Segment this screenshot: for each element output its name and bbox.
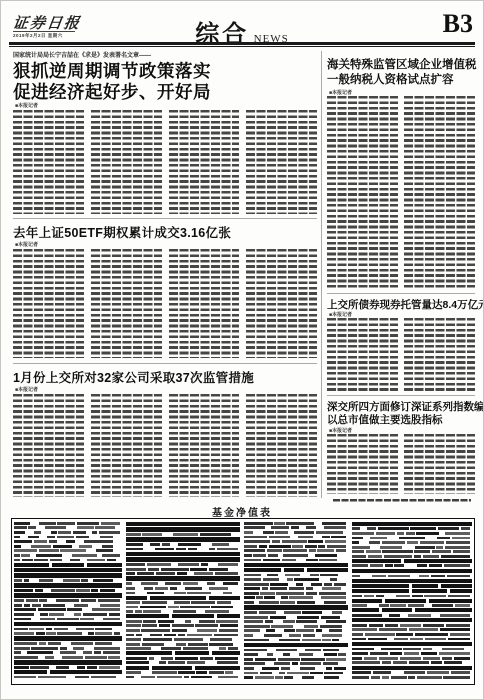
fund-table-value-cell <box>168 606 179 609</box>
fund-table-value-cell <box>256 596 263 599</box>
fund-table-value-cell <box>14 676 36 679</box>
fund-table-value-cell <box>155 548 174 551</box>
fund-table-value-cell <box>436 546 443 549</box>
fund-table-row <box>14 573 122 578</box>
fund-table-value-cell <box>81 599 96 602</box>
fund-table-value-cell <box>126 601 140 604</box>
fund-table-value-cell <box>372 575 386 578</box>
fund-table-value-cell <box>447 575 470 578</box>
fund-table-value-cell <box>330 578 337 581</box>
fund-table-row <box>244 639 348 642</box>
fund-table-row <box>126 522 240 527</box>
fund-table-value-cell <box>385 564 392 567</box>
fund-table-value-cell <box>352 604 367 607</box>
fund-table-value-cell <box>14 608 36 611</box>
fund-table-value-cell <box>14 531 25 534</box>
fund-table-value-cell <box>184 676 190 679</box>
fund-table-value-cell <box>318 545 325 548</box>
fund-table-value-cell <box>14 656 38 659</box>
fund-table-header-cell <box>352 589 409 593</box>
fund-table-value-cell <box>352 648 374 651</box>
fund-table-value-cell <box>196 671 207 674</box>
fund-table-value-cell <box>244 522 273 525</box>
fund-table-value-cell <box>244 662 265 665</box>
fund-table-header-cell <box>87 563 122 567</box>
fund-table-value-cell <box>320 574 338 577</box>
szse-index-byline: ■本报记者 <box>329 427 352 434</box>
fund-table-row <box>352 657 472 660</box>
fund-table-value-cell <box>320 625 342 628</box>
fund-table-value-cell <box>14 618 31 621</box>
customs-headline-line2: 一般纳税人资格试点扩容 <box>327 71 454 87</box>
fund-table-row <box>14 660 122 665</box>
fund-table-value-cell <box>40 618 55 621</box>
fund-table-value-cell <box>244 634 253 637</box>
fund-table-value-cell <box>255 676 274 679</box>
fund-table-header-cell <box>382 608 412 612</box>
fund-table-value-cell <box>126 676 134 679</box>
fund-table-value-cell <box>21 554 30 557</box>
fund-table-value-cell <box>352 624 367 627</box>
fund-table-value-cell <box>269 545 291 548</box>
fund-table-value-cell <box>297 616 319 619</box>
fund-table-value-cell <box>143 638 172 641</box>
fund-table-value-cell <box>191 676 211 679</box>
body-column <box>13 394 84 497</box>
fund-table-value-cell <box>152 671 177 674</box>
fund-table-value-cell <box>446 541 471 544</box>
fund-table-row <box>126 548 240 551</box>
fund-table-row <box>14 670 122 674</box>
fund-table-value-cell <box>149 657 155 660</box>
fund-table-value-cell <box>424 595 446 598</box>
fund-table-value-cell <box>141 582 158 585</box>
fund-table-value-cell <box>366 550 380 553</box>
fund-table-value-cell <box>75 676 89 679</box>
fund-table-value-cell <box>244 672 258 675</box>
fund-table-value-cell <box>74 604 88 607</box>
body-column <box>91 249 162 358</box>
fund-table-row <box>126 606 240 609</box>
fund-table-value-cell <box>126 620 142 623</box>
customs-byline: ■本报记者 <box>329 89 352 96</box>
fund-table-row <box>244 625 348 628</box>
fund-table-row <box>352 628 472 631</box>
fund-table-value-cell <box>445 532 470 535</box>
fund-table-value-cell <box>172 629 187 632</box>
fund-table-value-cell <box>174 638 203 641</box>
fund-table-value-cell <box>432 550 452 553</box>
fund-table-value-cell <box>94 647 121 650</box>
fund-table-value-cell <box>324 601 347 604</box>
fund-table-value-cell <box>126 543 143 546</box>
fund-table-value-cell <box>135 610 142 613</box>
fund-table-row <box>14 622 122 627</box>
fund-table-value-cell <box>260 592 274 595</box>
fund-table-value-cell <box>393 661 407 664</box>
fund-table-row <box>126 582 240 585</box>
fund-table-row <box>352 633 472 636</box>
fund-table-value-cell <box>352 532 374 535</box>
fund-table-row <box>14 613 122 616</box>
fund-table-value-cell <box>404 652 420 655</box>
fund-table-value-cell <box>77 666 85 669</box>
fund-table-value-cell <box>92 608 121 611</box>
page-number: B3 <box>443 9 473 39</box>
fund-table-row <box>14 540 122 543</box>
fund-table-value-cell <box>296 583 304 586</box>
fund-table-value-cell <box>40 613 48 616</box>
fund-table-value-cell <box>406 532 414 535</box>
fund-table-value-cell <box>76 628 94 631</box>
fund-table-value-cell <box>39 642 46 645</box>
fund-table-value-cell <box>76 536 89 539</box>
fund-table-value-cell <box>126 587 135 590</box>
fund-table-value-cell <box>76 589 89 592</box>
fund-table-value-cell <box>183 647 208 650</box>
fund-table-value-cell <box>326 667 332 670</box>
fund-table-row <box>126 543 240 546</box>
fund-table-value-cell <box>58 531 71 534</box>
fund-table-value-cell <box>126 643 140 646</box>
fund-table-value-cell <box>244 616 268 619</box>
fund-table-value-cell <box>244 649 267 652</box>
szse-index-body-text <box>327 434 475 494</box>
fund-table-header-cell <box>195 666 240 670</box>
fund-table-value-cell <box>212 543 229 546</box>
fund-table-value-cell <box>409 661 429 664</box>
fund-table-value-cell <box>390 604 406 607</box>
fund-table-header-cell <box>244 568 281 572</box>
fund-table-value-cell <box>352 541 359 544</box>
fund-table-row <box>14 526 122 529</box>
fund-table-row <box>126 527 240 532</box>
fund-table-value-cell <box>100 536 113 539</box>
fund-table-value-cell <box>223 582 238 585</box>
fund-table-value-cell <box>272 540 281 543</box>
fund-table-value-cell <box>162 543 170 546</box>
fund-table-value-cell <box>185 620 191 623</box>
sse-regulation-byline: ■本报记者 <box>15 386 38 393</box>
fund-table-value-cell <box>34 540 47 543</box>
fund-table-value-cell <box>336 549 347 552</box>
fund-table-value-cell <box>454 657 471 660</box>
fund-table-value-cell <box>298 536 313 539</box>
fund-table-value-cell <box>175 657 199 660</box>
fund-table-value-cell <box>316 531 343 534</box>
fund-table-value-cell <box>301 658 324 661</box>
fund-table-value-cell <box>209 587 228 590</box>
fund-table-value-cell <box>57 618 79 621</box>
fund-table-value-cell <box>419 575 429 578</box>
fund-table-header-cell <box>352 599 382 603</box>
fund-table-value-cell <box>147 563 172 566</box>
fund-table-row <box>14 589 122 592</box>
fund-table-value-cell <box>408 614 432 617</box>
fund-table-value-cell <box>315 554 337 557</box>
newspaper-page: 证券日报 2019年2月2日 星期六 综合 NEWS B3 国家统计局局长宁吉喆… <box>0 0 484 700</box>
fund-table-value-cell <box>437 537 450 540</box>
fund-table-value-cell <box>297 601 316 604</box>
fund-table-value-cell <box>36 554 62 557</box>
fund-table-value-cell <box>141 676 156 679</box>
fund-table-value-cell <box>211 606 232 609</box>
fund-table-value-cell <box>165 582 181 585</box>
fund-table-value-cell <box>396 633 413 636</box>
fund-table-row <box>244 649 348 652</box>
fund-table-row <box>352 537 472 540</box>
fund-table-value-cell <box>35 589 43 592</box>
fund-table-row <box>126 676 240 679</box>
fund-table-value-cell <box>275 676 282 679</box>
body-column <box>91 110 162 214</box>
fund-table-value-cell <box>142 643 164 646</box>
fund-table-value-cell <box>302 676 314 679</box>
fund-table-value-cell <box>14 647 30 650</box>
fund-table-value-cell <box>385 624 398 627</box>
fund-table-value-cell <box>283 554 308 557</box>
fund-table-value-cell <box>322 536 330 539</box>
fund-table-value-cell <box>24 604 30 607</box>
fund-table-value-cell <box>352 537 363 540</box>
fund-table-value-cell <box>334 667 347 670</box>
fund-table-value-cell <box>268 554 278 557</box>
fund-table-value-cell <box>48 642 61 645</box>
fund-table-row <box>352 624 472 627</box>
fund-table-value-cell <box>271 625 293 628</box>
fund-table-row <box>244 540 348 543</box>
fund-table-row <box>14 632 122 635</box>
fund-table-header-cell <box>126 666 149 670</box>
fund-table-value-cell <box>195 624 218 627</box>
fund-table-value-cell <box>188 548 197 551</box>
fund-table-value-cell <box>403 648 421 651</box>
fund-table-value-cell <box>294 578 319 581</box>
fund-table-value-cell <box>324 676 339 679</box>
fund-table-value-cell <box>378 527 409 530</box>
fund-table-value-cell <box>253 554 266 557</box>
fund-table-value-cell <box>126 592 135 595</box>
body-column <box>327 96 398 289</box>
fund-table-row <box>126 614 240 618</box>
fund-table-value-cell <box>38 608 66 611</box>
fund-table-row <box>352 584 472 588</box>
fund-table-value-cell <box>291 526 299 529</box>
fund-table-value-cell <box>159 624 170 627</box>
fund-table-value-cell <box>91 589 98 592</box>
fund-table-value-cell <box>168 661 185 664</box>
fund-table-value-cell <box>218 563 238 566</box>
fund-table-row <box>352 666 472 671</box>
sse-bond-body-text <box>327 318 475 393</box>
fund-table-value-cell <box>39 522 55 525</box>
fund-table-value-cell <box>88 632 94 635</box>
fund-table-value-cell <box>325 540 347 543</box>
fund-table-value-cell <box>282 540 307 543</box>
fund-table-value-cell <box>324 672 342 675</box>
fund-table-value-cell <box>432 604 453 607</box>
fund-table-value-cell <box>14 545 21 548</box>
fund-table-value-cell <box>14 526 27 529</box>
fund-table-value-cell <box>448 595 470 598</box>
fund-table-value-cell <box>217 661 238 664</box>
fund-table-value-cell <box>352 633 363 636</box>
fund-table-value-cell <box>267 549 282 552</box>
fund-table-caption <box>333 499 471 503</box>
fund-table-value-cell <box>244 587 260 590</box>
fund-table-value-cell <box>352 595 362 598</box>
fund-table-value-cell <box>38 676 66 679</box>
fund-table-value-cell <box>263 578 280 581</box>
fund-table-value-cell <box>263 559 281 562</box>
header-rule-thick <box>9 42 475 45</box>
fund-table-value-cell <box>209 643 233 646</box>
fund-table-row <box>126 592 240 595</box>
fund-table-header-cell <box>212 651 240 655</box>
fund-table-value-cell <box>415 633 448 636</box>
fund-table-row <box>352 546 472 549</box>
fund-table-value-cell <box>364 657 377 660</box>
fund-table-header-cell <box>284 568 304 572</box>
fund-table-value-cell <box>338 653 346 656</box>
fund-table-value-cell <box>306 592 317 595</box>
fund-table-value-cell <box>303 634 315 637</box>
fund-table-row <box>14 583 122 588</box>
fund-table-value-cell <box>283 549 307 552</box>
fund-table-value-cell <box>270 587 288 590</box>
fund-table-value-cell <box>408 604 424 607</box>
fund-table-value-cell <box>283 620 295 623</box>
fund-table-value-cell <box>352 614 382 617</box>
fund-table-value-cell <box>84 540 113 543</box>
fund-table-value-cell <box>108 656 120 659</box>
fund-table-value-cell <box>423 555 439 558</box>
fund-table-row <box>352 652 472 655</box>
fund-table-value-cell <box>280 601 295 604</box>
fund-table-row <box>126 629 240 632</box>
fund-table-value-cell <box>370 564 384 567</box>
fund-table-value-cell <box>91 676 116 679</box>
fund-table-value-cell <box>397 532 404 535</box>
body-column <box>13 249 84 358</box>
fund-table-row <box>244 536 348 539</box>
fund-table-row <box>352 599 472 603</box>
fund-table-value-cell <box>296 620 317 623</box>
fund-table-value-cell <box>73 647 84 650</box>
fund-table-row <box>126 666 240 670</box>
fund-table-value-cell <box>305 649 321 652</box>
fund-table-value-cell <box>324 583 332 586</box>
fund-table-value-cell <box>170 587 177 590</box>
fund-table-value-cell <box>126 647 151 650</box>
fund-table-value-cell <box>49 540 57 543</box>
article-divider <box>13 363 317 364</box>
fund-table-value-cell <box>95 526 114 529</box>
body-column <box>169 110 240 214</box>
fund-table-row <box>14 531 122 534</box>
fund-table-value-cell <box>440 614 470 617</box>
fund-table-value-cell <box>431 661 442 664</box>
fund-table-value-cell <box>109 613 120 616</box>
fund-table-value-cell <box>209 548 215 551</box>
fund-table-value-cell <box>259 601 278 604</box>
fund-table-value-cell <box>126 657 147 660</box>
fund-table-value-cell <box>188 643 208 646</box>
fund-table-value-cell <box>311 583 322 586</box>
fund-table-row <box>244 559 348 562</box>
fund-table-header-cell <box>412 589 447 593</box>
fund-table-value-cell <box>452 537 470 540</box>
fund-table-value-cell <box>262 587 269 590</box>
fund-table-value-cell <box>126 610 133 613</box>
fund-table-value-cell <box>271 526 289 529</box>
fund-table-value-cell <box>126 629 140 632</box>
fund-table-row <box>352 559 472 563</box>
fund-table-row <box>126 552 240 557</box>
fund-table-value-cell <box>285 574 300 577</box>
fund-table-row <box>244 611 348 614</box>
fund-table-value-cell <box>334 583 347 586</box>
body-column <box>404 318 475 393</box>
fund-table-row <box>14 604 122 607</box>
fund-table-value-cell <box>183 582 198 585</box>
fund-table-value-cell <box>28 536 39 539</box>
fund-table-value-cell <box>317 549 334 552</box>
fund-table-row <box>352 555 472 558</box>
fund-table-row <box>126 563 240 566</box>
fund-table-value-cell <box>161 568 189 571</box>
fund-table-value-cell <box>364 595 374 598</box>
fund-table-value-cell <box>46 628 53 631</box>
fund-table-value-cell <box>176 643 186 646</box>
fund-table-value-cell <box>282 559 296 562</box>
fund-table-value-cell <box>142 533 162 536</box>
fund-table-value-cell <box>322 587 341 590</box>
fund-table-row <box>14 554 122 557</box>
fund-table-value-cell <box>352 652 368 655</box>
fund-table-value-cell <box>292 662 298 665</box>
fund-table-value-cell <box>14 666 29 669</box>
fund-table-value-cell <box>32 604 41 607</box>
fund-table-value-cell <box>79 545 92 548</box>
fund-table-value-cell <box>159 661 166 664</box>
fund-table-header-cell <box>126 651 172 655</box>
fund-table-value-cell <box>352 550 364 553</box>
fund-table-value-cell <box>263 531 273 534</box>
fund-table-value-cell <box>24 579 30 582</box>
fund-table-value-cell <box>200 657 213 660</box>
fund-table-row <box>14 568 122 573</box>
fund-table-row <box>244 658 348 661</box>
fund-table-value-cell <box>289 634 302 637</box>
fund-table-row <box>14 676 122 679</box>
fund-table-row <box>244 653 348 656</box>
fund-table-value-cell <box>71 642 93 645</box>
fund-table-value-cell <box>102 554 120 557</box>
fund-table-value-cell <box>173 533 198 536</box>
fund-table-value-cell <box>217 548 239 551</box>
fund-table-value-cell <box>157 676 182 679</box>
fund-table-value-cell <box>244 601 254 604</box>
fund-table-value-cell <box>244 578 261 581</box>
fund-table-value-cell <box>164 634 176 637</box>
fund-table-value-cell <box>14 589 33 592</box>
fund-table-value-cell <box>83 651 92 654</box>
fund-table-value-cell <box>352 564 368 567</box>
fund-table-value-cell <box>187 634 212 637</box>
fund-table-value-cell <box>308 540 323 543</box>
fund-table-value-cell <box>417 564 426 567</box>
